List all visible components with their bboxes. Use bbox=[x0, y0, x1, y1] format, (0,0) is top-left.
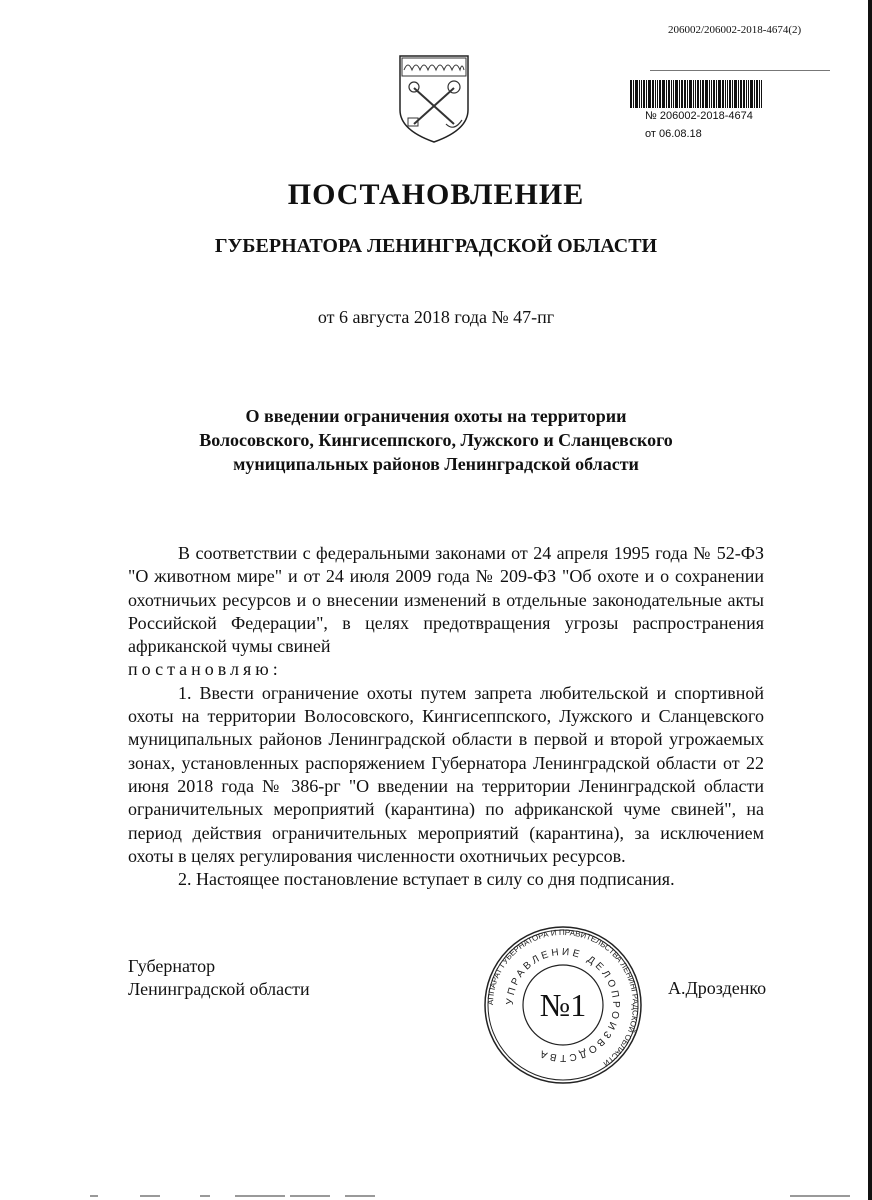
document-subject: О введении ограничения охоты на территор… bbox=[0, 404, 872, 476]
signatory-position: Губернатор Ленинградской области bbox=[128, 955, 310, 1001]
stamp-number: №1 bbox=[478, 925, 648, 1085]
subject-line: Волосовского, Кингисеппского, Лужского и… bbox=[0, 428, 872, 452]
registration-barcode-block: № 206002-2018-4674 от 06.08.18 bbox=[630, 55, 830, 150]
registration-date: от 06.08.18 bbox=[645, 128, 702, 140]
registration-number: № 206002-2018-4674 bbox=[645, 110, 753, 122]
position-line: Губернатор bbox=[128, 955, 310, 978]
subject-line: О введении ограничения охоты на территор… bbox=[0, 404, 872, 428]
resolve-word: постановляю: bbox=[128, 658, 764, 681]
registration-code: 206002/206002-2018-4674(2) bbox=[668, 24, 801, 36]
official-stamp-icon: АППАРАТ ГУБЕРНАТОРА И ПРАВИТЕЛЬСТВА ЛЕНИ… bbox=[478, 925, 648, 1085]
document-body: В соответствии с федеральными законами о… bbox=[128, 542, 764, 891]
scan-artifacts bbox=[0, 1192, 872, 1200]
leningrad-oblast-coat-of-arms-icon bbox=[396, 52, 472, 144]
barcode-icon bbox=[630, 80, 812, 108]
divider bbox=[650, 70, 830, 71]
position-line: Ленинградской области bbox=[128, 978, 310, 1001]
preamble-paragraph: В соответствии с федеральными законами о… bbox=[128, 542, 764, 658]
item-2-paragraph: 2. Настоящее постановление вступает в си… bbox=[128, 868, 764, 891]
signatory-name: А.Дрозденко bbox=[668, 978, 766, 999]
document-issuer: ГУБЕРНАТОРА ЛЕНИНГРАДСКОЙ ОБЛАСТИ bbox=[0, 235, 872, 258]
document-type: ПОСТАНОВЛЕНИЕ bbox=[0, 178, 872, 212]
item-1-paragraph: 1. Ввести ограничение охоты путем запрет… bbox=[128, 682, 764, 868]
subject-line: муниципальных районов Ленинградской обла… bbox=[0, 452, 872, 476]
document-date-number: от 6 августа 2018 года № 47-пг bbox=[0, 307, 872, 328]
